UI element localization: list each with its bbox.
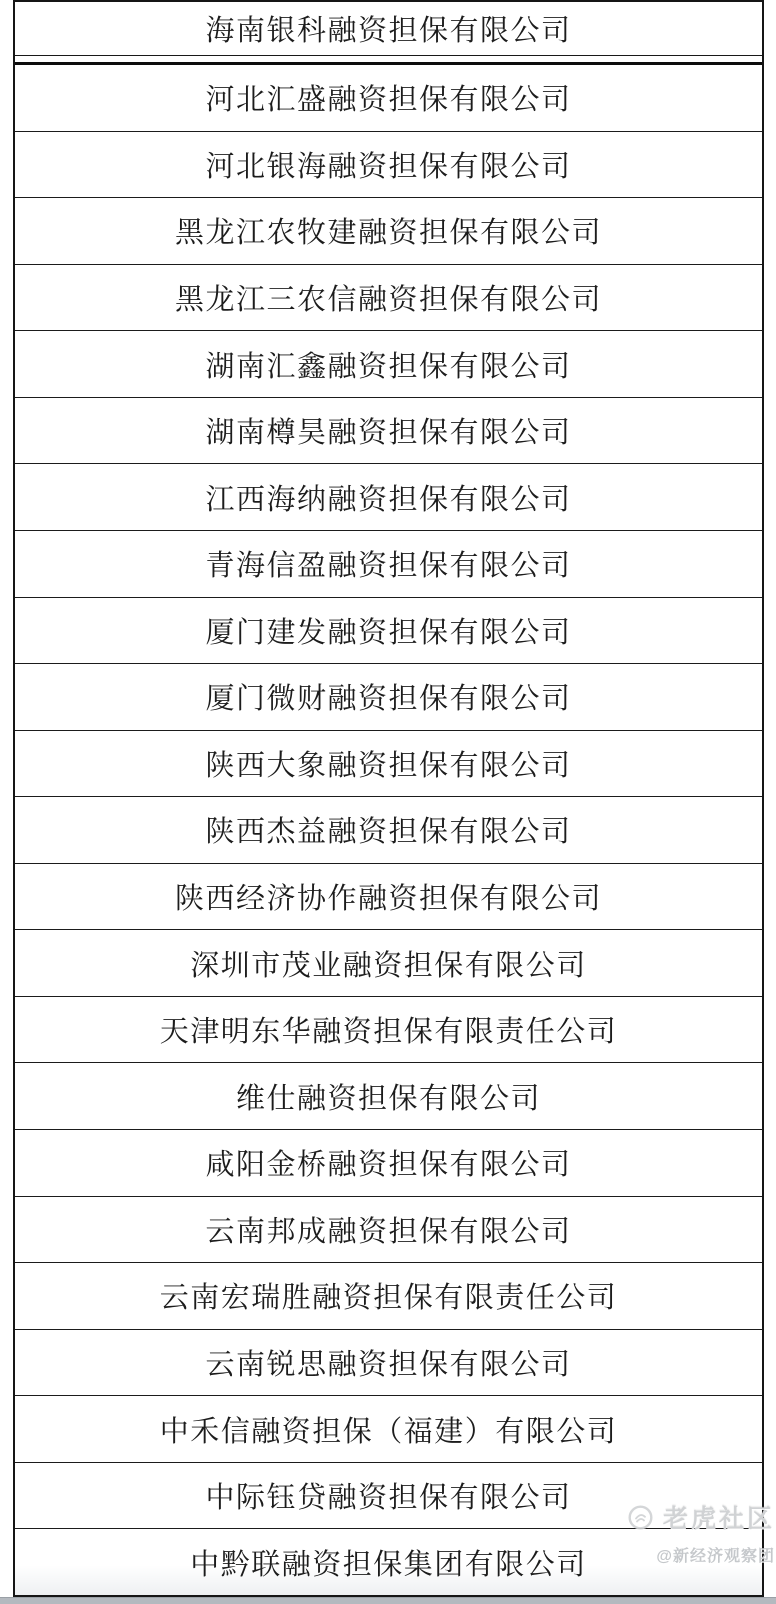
company-name-cell: 天津明东华融资担保有限责任公司 — [160, 1009, 618, 1050]
table-row: 云南邦成融资担保有限公司 — [15, 1196, 762, 1263]
table-row: 中际钰贷融资担保有限公司 — [15, 1462, 762, 1529]
company-name-cell: 青海信盈融资担保有限公司 — [205, 543, 571, 584]
table-row: 云南宏瑞胜融资担保有限责任公司 — [15, 1262, 762, 1329]
company-name-cell: 黑龙江三农信融资担保有限公司 — [175, 277, 602, 318]
company-name-cell: 厦门建发融资担保有限公司 — [205, 610, 571, 651]
table-row: 河北汇盛融资担保有限公司 — [15, 65, 762, 131]
company-name-cell: 陕西经济协作融资担保有限公司 — [175, 876, 602, 917]
screenshot-root: 海南银科融资担保有限公司 河北汇盛融资担保有限公司 河北银海融资担保有限公司 黑… — [0, 0, 776, 1604]
company-name-cell: 中际钰贷融资担保有限公司 — [205, 1475, 571, 1516]
table-row: 厦门建发融资担保有限公司 — [15, 597, 762, 664]
table-row: 陕西经济协作融资担保有限公司 — [15, 863, 762, 930]
company-name-cell: 厦门微财融资担保有限公司 — [205, 676, 571, 717]
company-name-cell: 河北汇盛融资担保有限公司 — [205, 77, 571, 118]
company-name-cell: 云南邦成融资担保有限公司 — [205, 1209, 571, 1250]
company-name-cell: 中黔联融资担保集团有限公司 — [190, 1542, 587, 1583]
company-table: 海南银科融资担保有限公司 河北汇盛融资担保有限公司 河北银海融资担保有限公司 黑… — [13, 0, 764, 1597]
table-row: 河北银海融资担保有限公司 — [15, 131, 762, 198]
table-row: 深圳市茂业融资担保有限公司 — [15, 929, 762, 996]
company-name-cell: 江西海纳融资担保有限公司 — [205, 477, 571, 518]
company-name-cell: 中禾信融资担保（福建）有限公司 — [160, 1409, 618, 1450]
bottom-edge-strip — [0, 1597, 776, 1604]
company-name-cell: 咸阳金桥融资担保有限公司 — [205, 1142, 571, 1183]
table-row: 湖南汇鑫融资担保有限公司 — [15, 330, 762, 397]
table-row: 咸阳金桥融资担保有限公司 — [15, 1129, 762, 1196]
company-name-cell: 黑龙江农牧建融资担保有限公司 — [175, 210, 602, 251]
table-row: 中黔联融资担保集团有限公司 — [15, 1528, 762, 1595]
company-name-cell: 陕西杰益融资担保有限公司 — [205, 809, 571, 850]
table-row: 陕西大象融资担保有限公司 — [15, 730, 762, 797]
table-row: 黑龙江农牧建融资担保有限公司 — [15, 197, 762, 264]
table-row: 厦门微财融资担保有限公司 — [15, 663, 762, 730]
table-row: 云南锐思融资担保有限公司 — [15, 1329, 762, 1396]
company-name-cell: 云南宏瑞胜融资担保有限责任公司 — [160, 1275, 618, 1316]
table-row: 江西海纳融资担保有限公司 — [15, 463, 762, 530]
table-row: 黑龙江三农信融资担保有限公司 — [15, 264, 762, 331]
company-name-cell: 陕西大象融资担保有限公司 — [205, 743, 571, 784]
company-name-cell: 湖南汇鑫融资担保有限公司 — [205, 344, 571, 385]
table-row: 湖南樽昊融资担保有限公司 — [15, 397, 762, 464]
company-name-cell: 维仕融资担保有限公司 — [236, 1076, 541, 1117]
company-name-cell: 云南锐思融资担保有限公司 — [205, 1342, 571, 1383]
table-row: 陕西杰益融资担保有限公司 — [15, 796, 762, 863]
table-row: 海南银科融资担保有限公司 — [15, 2, 762, 55]
company-name-cell: 湖南樽昊融资担保有限公司 — [205, 410, 571, 451]
section-divider — [15, 55, 762, 65]
table-row: 维仕融资担保有限公司 — [15, 1062, 762, 1129]
company-name-cell: 河北银海融资担保有限公司 — [205, 144, 571, 185]
table-row: 中禾信融资担保（福建）有限公司 — [15, 1395, 762, 1462]
company-name-cell: 海南银科融资担保有限公司 — [205, 8, 571, 49]
company-name-cell: 深圳市茂业融资担保有限公司 — [190, 943, 587, 984]
table-row: 青海信盈融资担保有限公司 — [15, 530, 762, 597]
table-row: 天津明东华融资担保有限责任公司 — [15, 996, 762, 1063]
